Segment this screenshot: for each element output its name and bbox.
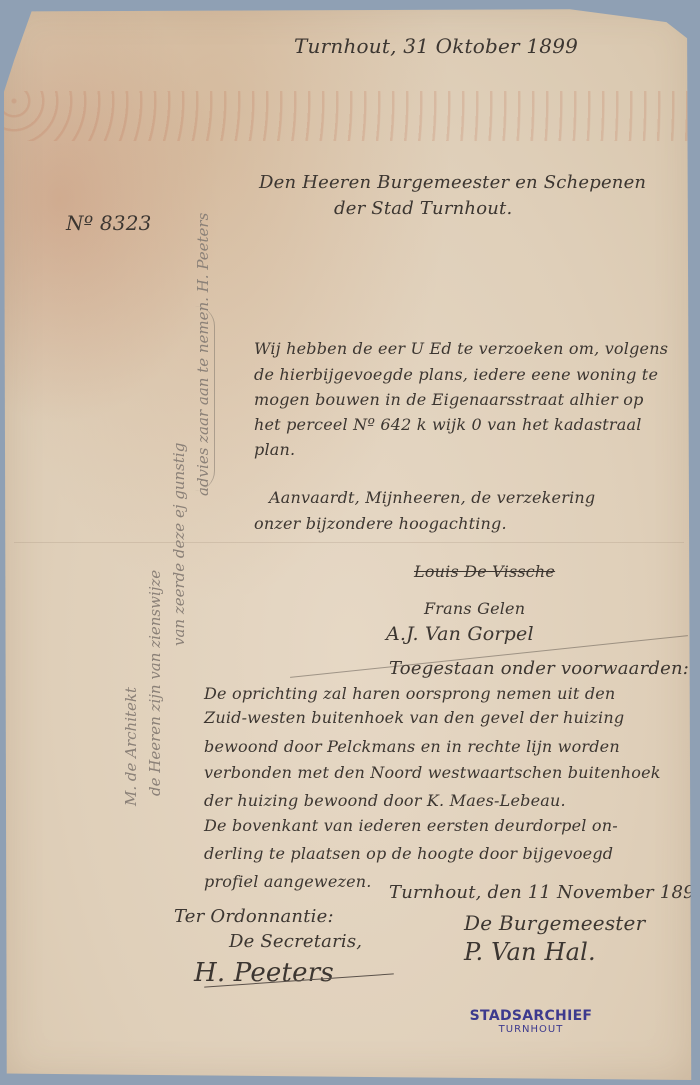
margin-note: de Heeren zijn van zienswijze xyxy=(146,570,164,796)
paper-fold xyxy=(14,542,684,543)
header-place-date: Turnhout, 31 Oktober 1899 xyxy=(294,34,578,58)
addressee-line-1: Den Heeren Burgemeester en Schepenen xyxy=(259,172,646,193)
margin-note: van zeerde deze ej gunstig xyxy=(170,443,188,646)
closing-line-1: Aanvaardt, Mijnheeren, de verzekering xyxy=(269,488,595,507)
reference-number: Nº 8323 xyxy=(66,211,152,235)
condition-line: profiel aangewezen. xyxy=(204,872,372,891)
addressee-line-2: der Stad Turnhout. xyxy=(334,198,512,219)
foxing-stains xyxy=(4,91,694,141)
secretary-signature: H. Peeters xyxy=(194,958,334,988)
secretary-title: De Secretaris, xyxy=(229,931,362,952)
condition-line: De oprichting zal haren oorsprong nemen … xyxy=(204,684,615,703)
mayor-signature: P. Van Hal. xyxy=(464,938,596,966)
letter-page: Turnhout, 31 Oktober 1899 Den Heeren Bur… xyxy=(4,6,694,1080)
signature-3: A.J. Van Gorpel xyxy=(386,623,534,645)
archive-stamp: STADSARCHIEF TURNHOUT xyxy=(466,1008,596,1035)
mayor-title: De Burgemeester xyxy=(464,911,645,935)
margin-note: M. de Architekt xyxy=(122,687,140,806)
stamp-city: TURNHOUT xyxy=(466,1024,596,1035)
stamp-title: STADSARCHIEF xyxy=(466,1008,596,1024)
condition-line: Zuid-westen buitenhoek van den gevel der… xyxy=(204,708,624,727)
condition-line: der huizing bewoond door K. Maes-Lebeau. xyxy=(204,791,566,810)
signature-2: Frans Gelen xyxy=(424,599,525,618)
condition-line: bewoond door Pelckmans en in rechte lijn… xyxy=(204,737,620,756)
body-line: het perceel Nº 642 k wijk 0 van het kada… xyxy=(254,415,642,434)
approval-place-date: Turnhout, den 11 November 1899 xyxy=(389,882,700,903)
body-line: de hierbijgevoegde plans, iedere eene wo… xyxy=(254,365,658,384)
condition-line: derling te plaatsen op de hoogte door bi… xyxy=(204,844,613,863)
body-line: mogen bouwen in de Eigenaarsstraat alhie… xyxy=(254,390,644,409)
condition-line: De bovenkant van iederen eersten deurdor… xyxy=(204,816,618,835)
order-label: Ter Ordonnantie: xyxy=(174,906,334,927)
closing-line-2: onzer bijzondere hoogachting. xyxy=(254,514,507,533)
body-line: Wij hebben de eer U Ed te verzoeken om, … xyxy=(254,339,668,358)
condition-line: verbonden met den Noord westwaartschen b… xyxy=(204,763,661,782)
signature-1: Louis De Vissche xyxy=(414,562,555,581)
body-line: plan. xyxy=(254,440,295,459)
margin-bracket xyxy=(194,306,215,491)
approval-heading: Toegestaan onder voorwaarden: xyxy=(389,658,689,679)
